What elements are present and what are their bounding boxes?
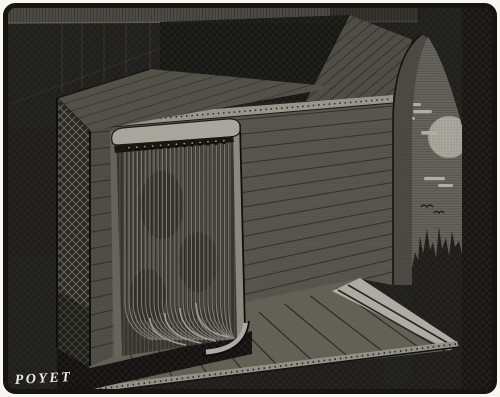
artist-signature: POYET xyxy=(14,370,72,388)
engraving-page: POYET xyxy=(0,0,500,397)
engraving-grain xyxy=(0,0,500,397)
engraving-illustration: POYET xyxy=(0,0,500,397)
